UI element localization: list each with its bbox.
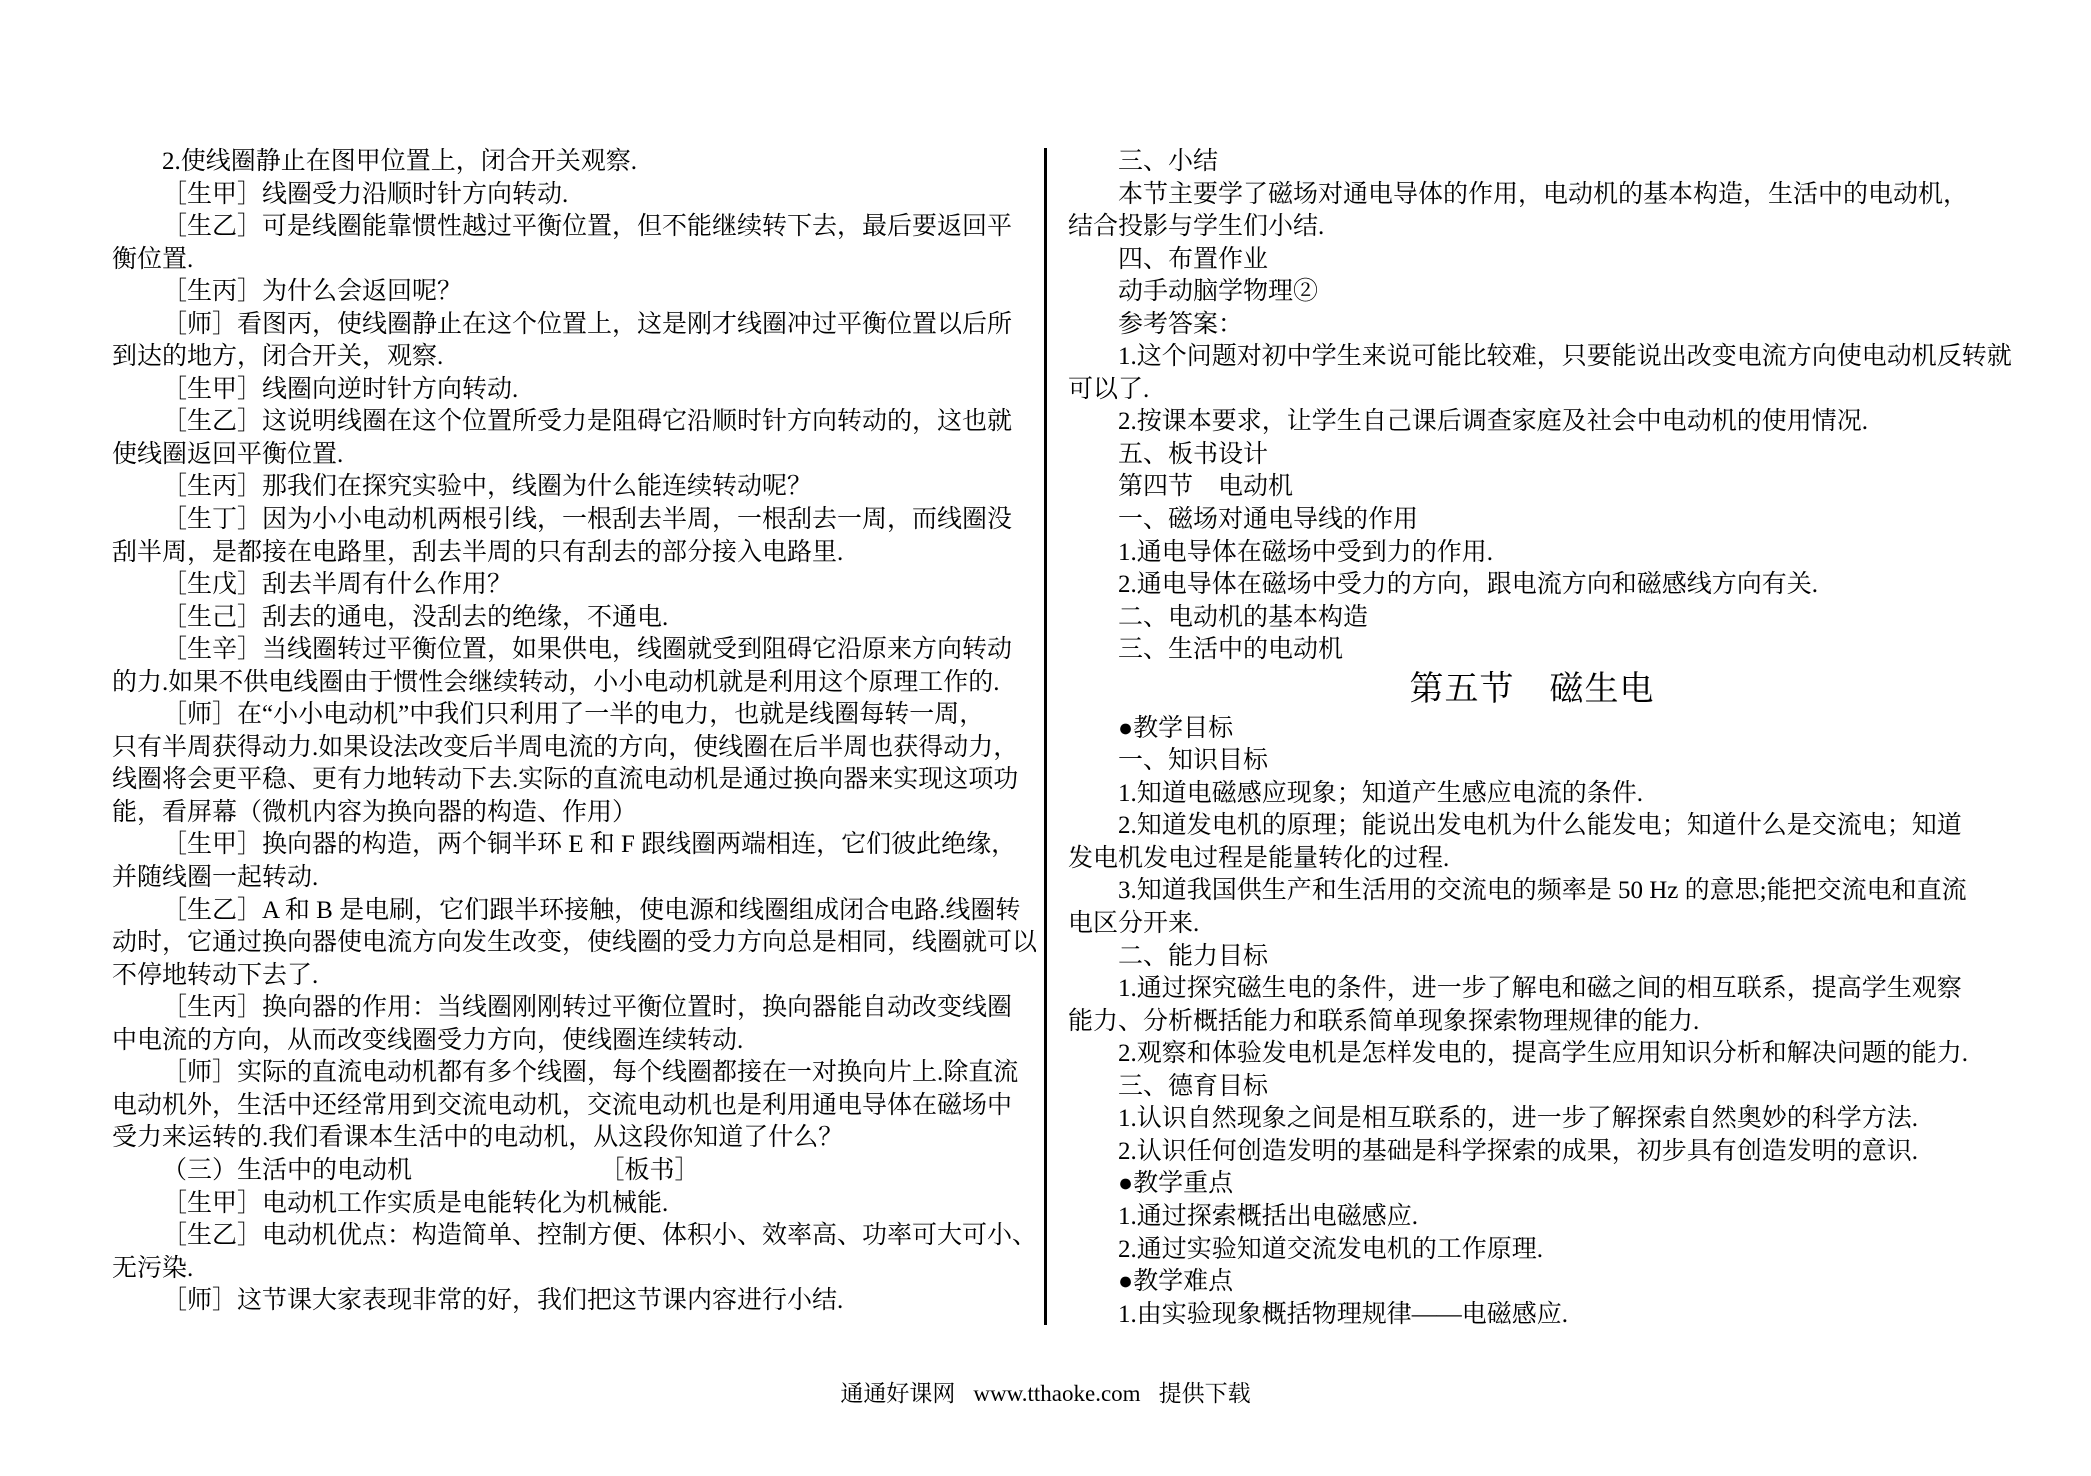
left-text-line-22: ［生甲］换向器的构造，两个铜半环 E 和 F 跟线圈两端相连，它们彼此绝缘， bbox=[112, 829, 1022, 862]
left-text-line-4: 衡位置. bbox=[112, 244, 1022, 277]
left-text-line-34: ［生乙］电动机优点：构造简单、控制方便、体积小、效率高、功率可大可小、 bbox=[112, 1220, 1022, 1253]
right-text-line-33: 1.通过探索概括出电磁感应. bbox=[1068, 1201, 1996, 1234]
document-page: 2.使线圈静止在图甲位置上，闭合开关观察.［生甲］线圈受力沿顺时针方向转动.［生… bbox=[0, 0, 2091, 1476]
right-text-line-27: 能力、分析概括能力和联系简单现象探索物理规律的能力. bbox=[1068, 1006, 1996, 1039]
left-text-line-20: 线圈将会更平稳、更有力地转动下去.实际的直流电动机是通过换向器来实现这项功 bbox=[112, 764, 1022, 797]
left-text-line-12: ［生丁］因为小小电动机两根引线，一根刮去半周，一根刮去一周，而线圈没 bbox=[112, 504, 1022, 537]
left-text-line-5: ［生丙］为什么会返回呢？ bbox=[112, 276, 1022, 309]
left-column: 2.使线圈静止在图甲位置上，闭合开关观察.［生甲］线圈受力沿顺时针方向转动.［生… bbox=[112, 146, 1022, 1318]
right-text-line-12: 一、磁场对通电导线的作用 bbox=[1068, 504, 1996, 537]
right-text-line-5: 动手动脑学物理② bbox=[1068, 276, 1996, 309]
left-text-line-10: 使线圈返回平衡位置. bbox=[112, 439, 1022, 472]
left-text-line-3: ［生乙］可是线圈能靠惯性越过平衡位置，但不能继续转下去，最后要返回平 bbox=[112, 211, 1022, 244]
right-text-line-26: 1.通过探究磁生电的条件，进一步了解电和磁之间的相互联系，提高学生观察 bbox=[1068, 973, 1996, 1006]
left-text-line-9: ［生乙］这说明线圈在这个位置所受力是阻碍它沿顺时针方向转动的，这也就 bbox=[112, 406, 1022, 439]
left-text-line-8: ［生甲］线圈向逆时针方向转动. bbox=[112, 374, 1022, 407]
right-text-line-6: 参考答案： bbox=[1068, 309, 1996, 342]
footer-site-name: 通通好课网 bbox=[840, 1381, 955, 1406]
right-text-line-11: 第四节 电动机 bbox=[1068, 471, 1996, 504]
right-text-line-3: 结合投影与学生们小结. bbox=[1068, 211, 1996, 244]
left-text-line-15: ［生己］刮去的通电，没刮去的绝缘，不通电. bbox=[112, 602, 1022, 635]
right-text-line-2: 本节主要学了磁场对通电导体的作用，电动机的基本构造，生活中的电动机， bbox=[1068, 179, 1996, 212]
footer-download-note: 提供下载 bbox=[1159, 1381, 1251, 1406]
left-text-line-35: 无污染. bbox=[112, 1253, 1022, 1286]
left-text-line-6: ［师］看图丙，使线圈静止在这个位置上，这是刚才线圈冲过平衡位置以后所 bbox=[112, 309, 1022, 342]
left-text-line-26: 不停地转动下去了. bbox=[112, 960, 1022, 993]
right-text-line-13: 1.通电导体在磁场中受到力的作用. bbox=[1068, 537, 1996, 570]
right-text-line-23: 3.知道我国供生产和生活用的交流电的频率是 50 Hz 的意思;能把交流电和直流 bbox=[1068, 875, 1996, 908]
left-text-line-36: ［师］这节课大家表现非常的好，我们把这节课内容进行小结. bbox=[112, 1285, 1022, 1318]
right-column: 三、小结本节主要学了磁场对通电导体的作用，电动机的基本构造，生活中的电动机，结合… bbox=[1068, 146, 1996, 1331]
left-text-line-14: ［生戊］刮去半周有什么作用？ bbox=[112, 569, 1022, 602]
right-text-line-16: 三、生活中的电动机 bbox=[1068, 634, 1996, 667]
left-text-line-16: ［生辛］当线圈转过平衡位置，如果供电，线圈就受到阻碍它沿原来方向转动 bbox=[112, 634, 1022, 667]
right-text-line-19: 一、知识目标 bbox=[1068, 745, 1996, 778]
right-text-line-18: ●教学目标 bbox=[1068, 713, 1996, 746]
left-text-line-33: ［生甲］电动机工作实质是电能转化为机械能. bbox=[112, 1188, 1022, 1221]
right-text-line-21: 2.知道发电机的原理；能说出发电机为什么能发电；知道什么是交流电；知道 bbox=[1068, 810, 1996, 843]
page-footer: 通通好课网www.tthaoke.com提供下载 bbox=[0, 1379, 2091, 1409]
left-text-line-23: 并随线圈一起转动. bbox=[112, 862, 1022, 895]
left-text-line-32: （三）生活中的电动机 ［板书］ bbox=[112, 1155, 1022, 1188]
left-text-line-27: ［生丙］换向器的作用：当线圈刚刚转过平衡位置时，换向器能自动改变线圈 bbox=[112, 992, 1022, 1025]
right-text-line-36: 1.由实验现象概括物理规律——电磁感应. bbox=[1068, 1299, 1996, 1332]
right-text-line-4: 四、布置作业 bbox=[1068, 244, 1996, 277]
left-text-line-13: 刮半周，是都接在电路里，刮去半周的只有刮去的部分接入电路里. bbox=[112, 537, 1022, 570]
right-text-line-35: ●教学难点 bbox=[1068, 1266, 1996, 1299]
right-text-line-20: 1.知道电磁感应现象；知道产生感应电流的条件. bbox=[1068, 778, 1996, 811]
right-text-line-31: 2.认识任何创造发明的基础是科学探索的成果，初步具有创造发明的意识. bbox=[1068, 1136, 1996, 1169]
right-text-line-22: 发电机发电过程是能量转化的过程. bbox=[1068, 843, 1996, 876]
right-text-line-7: 1.这个问题对初中学生来说可能比较难，只要能说出改变电流方向使电动机反转就 bbox=[1068, 341, 1996, 374]
footer-url: www.tthaoke.com bbox=[973, 1381, 1140, 1406]
right-text-line-17: 第五节 磁生电 bbox=[1068, 667, 1996, 713]
right-text-line-32: ●教学重点 bbox=[1068, 1168, 1996, 1201]
left-text-line-24: ［生乙］A 和 B 是电刷，它们跟半环接触，使电源和线圈组成闭合电路.线圈转 bbox=[112, 895, 1022, 928]
left-text-line-28: 中电流的方向，从而改变线圈受力方向，使线圈连续转动. bbox=[112, 1025, 1022, 1058]
right-text-line-34: 2.通过实验知道交流发电机的工作原理. bbox=[1068, 1234, 1996, 1267]
left-text-line-29: ［师］实际的直流电动机都有多个线圈，每个线圈都接在一对换向片上.除直流 bbox=[112, 1057, 1022, 1090]
right-text-line-9: 2.按课本要求，让学生自己课后调查家庭及社会中电动机的使用情况. bbox=[1068, 406, 1996, 439]
left-text-line-17: 的力.如果不供电线圈由于惯性会继续转动，小小电动机就是利用这个原理工作的. bbox=[112, 667, 1022, 700]
left-text-line-30: 电动机外，生活中还经常用到交流电动机，交流电动机也是利用通电导体在磁场中 bbox=[112, 1090, 1022, 1123]
right-text-line-30: 1.认识自然现象之间是相互联系的，进一步了解探索自然奥妙的科学方法. bbox=[1068, 1103, 1996, 1136]
left-text-line-19: 只有半周获得动力.如果设法改变后半周电流的方向，使线圈在后半周也获得动力， bbox=[112, 732, 1022, 765]
left-text-line-1: 2.使线圈静止在图甲位置上，闭合开关观察. bbox=[112, 146, 1022, 179]
right-text-line-8: 可以了. bbox=[1068, 374, 1996, 407]
left-text-line-31: 受力来运转的.我们看课本生活中的电动机，从这段你知道了什么？ bbox=[112, 1122, 1022, 1155]
right-text-line-14: 2.通电导体在磁场中受力的方向，跟电流方向和磁感线方向有关. bbox=[1068, 569, 1996, 602]
right-text-line-24: 电区分开来. bbox=[1068, 908, 1996, 941]
left-text-line-21: 能，看屏幕（微机内容为换向器的构造、作用） bbox=[112, 797, 1022, 830]
left-text-line-25: 动时，它通过换向器使电流方向发生改变，使线圈的受力方向总是相同，线圈就可以 bbox=[112, 927, 1022, 960]
left-text-line-7: 到达的地方，闭合开关，观察. bbox=[112, 341, 1022, 374]
column-divider bbox=[1044, 148, 1047, 1325]
right-text-line-28: 2.观察和体验发电机是怎样发电的，提高学生应用知识分析和解决问题的能力. bbox=[1068, 1038, 1996, 1071]
right-text-line-10: 五、板书设计 bbox=[1068, 439, 1996, 472]
right-text-line-29: 三、德育目标 bbox=[1068, 1071, 1996, 1104]
right-text-line-15: 二、电动机的基本构造 bbox=[1068, 602, 1996, 635]
right-text-line-1: 三、小结 bbox=[1068, 146, 1996, 179]
left-text-line-18: ［师］在“小小电动机”中我们只利用了一半的电力，也就是线圈每转一周， bbox=[112, 699, 1022, 732]
right-text-line-25: 二、能力目标 bbox=[1068, 941, 1996, 974]
left-text-line-11: ［生丙］那我们在探究实验中，线圈为什么能连续转动呢？ bbox=[112, 471, 1022, 504]
left-text-line-2: ［生甲］线圈受力沿顺时针方向转动. bbox=[112, 179, 1022, 212]
